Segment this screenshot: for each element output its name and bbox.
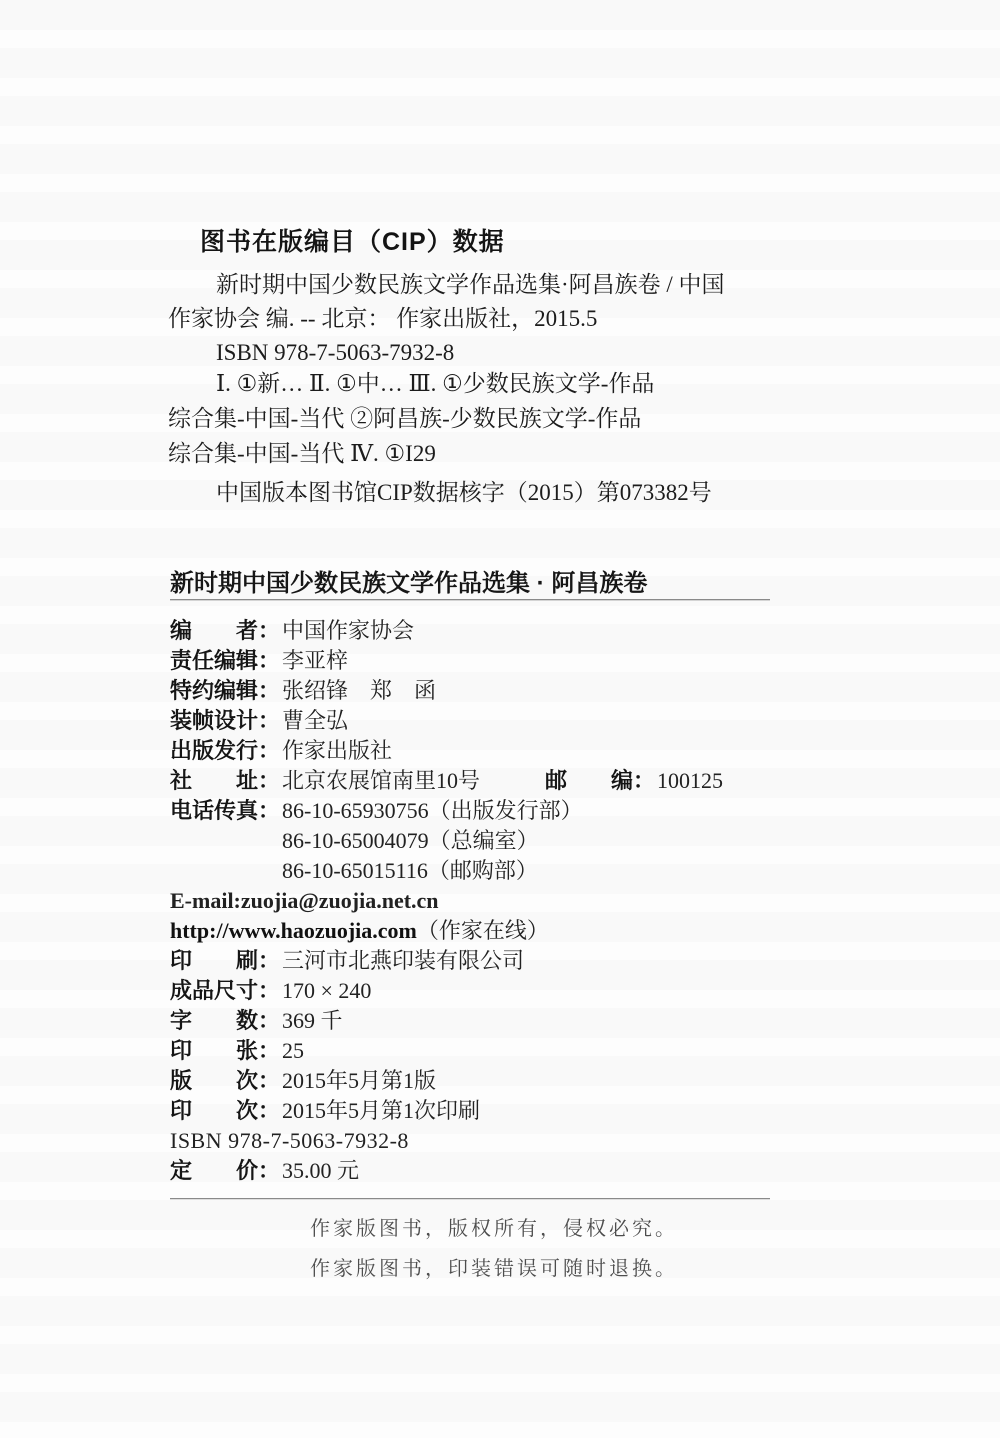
field-label: 责任编辑： — [170, 646, 282, 676]
colophon-row-phone-2: 86-10-65004079（总编室） — [170, 826, 790, 856]
cip-class-line1: Ⅰ. ①新… Ⅱ. ①中… Ⅲ. ①少数民族文学-作品 — [168, 366, 783, 401]
field-value: 北京农展馆南里10号 — [282, 766, 545, 796]
copyright-notice: 作家版图书，版权所有，侵权必究。 — [310, 1212, 678, 1241]
field-value: 35.00 元 — [282, 1158, 359, 1183]
cip-classification-paragraph: Ⅰ. ①新… Ⅱ. ①中… Ⅲ. ①少数民族文学-作品 综合集-中国-当代 ②阿… — [168, 366, 783, 471]
field-label: 定 价： — [170, 1156, 282, 1186]
field-value-postcode: 100125 — [657, 768, 723, 793]
book-title: 新时期中国少数民族文学作品选集 · 阿昌族卷 — [170, 563, 770, 598]
field-value: 2015年5月第1次印刷 — [282, 1098, 480, 1123]
email-value: E-mail:zuojia@zuojia.net.cn — [170, 888, 439, 913]
field-label-postcode: 邮 编： — [545, 766, 657, 796]
colophon-row-editor: 编 者：中国作家协会 — [170, 616, 790, 646]
field-label: 出版发行： — [170, 736, 282, 766]
colophon-row-trim-size: 成品尺寸：170 × 240 — [170, 976, 790, 1006]
field-label: 印 张： — [170, 1036, 282, 1066]
field-label: 装帧设计： — [170, 706, 282, 736]
field-value: 张绍锋 郑 函 — [282, 678, 436, 703]
colophon-row-phone-1: 电话传真：86-10-65930756（出版发行部） — [170, 796, 790, 826]
colophon-row-sheets: 印 张：25 — [170, 1036, 790, 1066]
field-value: 2015年5月第1版 — [282, 1068, 436, 1093]
field-label: 印 次： — [170, 1096, 282, 1126]
field-value: 李亚梓 — [282, 648, 348, 673]
field-label: 电话传真： — [170, 796, 282, 826]
return-notice: 作家版图书，印装错误可随时退换。 — [310, 1252, 678, 1281]
colophon-row-edition: 版 次：2015年5月第1版 — [170, 1066, 790, 1096]
field-value: 25 — [282, 1038, 304, 1063]
field-label: 字 数： — [170, 1006, 282, 1036]
cip-header: 图书在版编目（CIP）数据 — [200, 222, 505, 258]
colophon-row-isbn: ISBN 978-7-5063-7932-8 — [170, 1126, 790, 1156]
colophon-row-email: E-mail:zuojia@zuojia.net.cn — [170, 886, 790, 916]
field-label: 特约编辑： — [170, 676, 282, 706]
copyright-page: 图书在版编目（CIP）数据 新时期中国少数民族文学作品选集·阿昌族卷 / 中国 … — [0, 0, 1000, 1438]
colophon-row-phone-3: 86-10-65015116（邮购部） — [170, 856, 790, 886]
field-label: 印 刷： — [170, 946, 282, 976]
colophon-row-printer: 印 刷：三河市北燕印装有限公司 — [170, 946, 790, 976]
cip-class-line3: 综合集-中国-当代 Ⅳ. ①I29 — [168, 436, 783, 471]
field-value: 369 千 — [282, 1008, 343, 1033]
field-value: 曹全弘 — [282, 708, 348, 733]
title-divider — [170, 599, 770, 600]
field-value: 三河市北燕印装有限公司 — [282, 948, 524, 973]
colophon-row-word-count: 字 数：369 千 — [170, 1006, 790, 1036]
colophon-row-design: 装帧设计：曹全弘 — [170, 706, 790, 736]
cip-record-paragraph: 新时期中国少数民族文学作品选集·阿昌族卷 / 中国 作家协会 编. -- 北京：… — [168, 268, 783, 370]
colophon-row-printing: 印 次：2015年5月第1次印刷 — [170, 1096, 790, 1126]
field-value: 170 × 240 — [282, 978, 371, 1003]
colophon-row-responsible-editor: 责任编辑：李亚梓 — [170, 646, 790, 676]
colophon-row-website: http://www.haozuojia.com（作家在线） — [170, 916, 790, 946]
colophon-row-special-editor: 特约编辑：张绍锋 郑 函 — [170, 676, 790, 706]
cip-record-isbn: ISBN 978-7-5063-7932-8 — [168, 336, 783, 370]
website-url: http://www.haozuojia.com — [170, 918, 417, 943]
field-label: 编 者： — [170, 616, 282, 646]
colophon-row-price: 定 价：35.00 元 — [170, 1156, 790, 1186]
website-note: （作家在线） — [417, 918, 549, 943]
colophon-row-address: 社 址：北京农展馆南里10号邮 编：100125 — [170, 766, 790, 796]
colophon-list: 编 者：中国作家协会 责任编辑：李亚梓 特约编辑：张绍锋 郑 函 装帧设计：曹全… — [170, 616, 790, 1186]
field-value: 86-10-65004079（总编室） — [282, 828, 539, 853]
field-value: 作家出版社 — [282, 738, 392, 763]
footer-divider — [170, 1198, 770, 1199]
cip-registry-number: 中国版本图书馆CIP数据核字（2015）第073382号 — [216, 474, 712, 507]
field-label: 版 次： — [170, 1066, 282, 1096]
field-value: 86-10-65015116（邮购部） — [282, 858, 538, 883]
isbn-value: ISBN 978-7-5063-7932-8 — [170, 1128, 409, 1153]
colophon-row-publisher: 出版发行：作家出版社 — [170, 736, 790, 766]
field-value: 中国作家协会 — [282, 618, 414, 643]
cip-class-line2: 综合集-中国-当代 ②阿昌族-少数民族文学-作品 — [168, 401, 783, 436]
cip-record-line1: 新时期中国少数民族文学作品选集·阿昌族卷 / 中国 — [168, 268, 783, 302]
field-value: 86-10-65930756（出版发行部） — [282, 798, 583, 823]
field-label: 社 址： — [170, 766, 282, 796]
cip-record-line2: 作家协会 编. -- 北京： 作家出版社，2015.5 — [168, 302, 783, 336]
field-label: 成品尺寸： — [170, 976, 282, 1006]
